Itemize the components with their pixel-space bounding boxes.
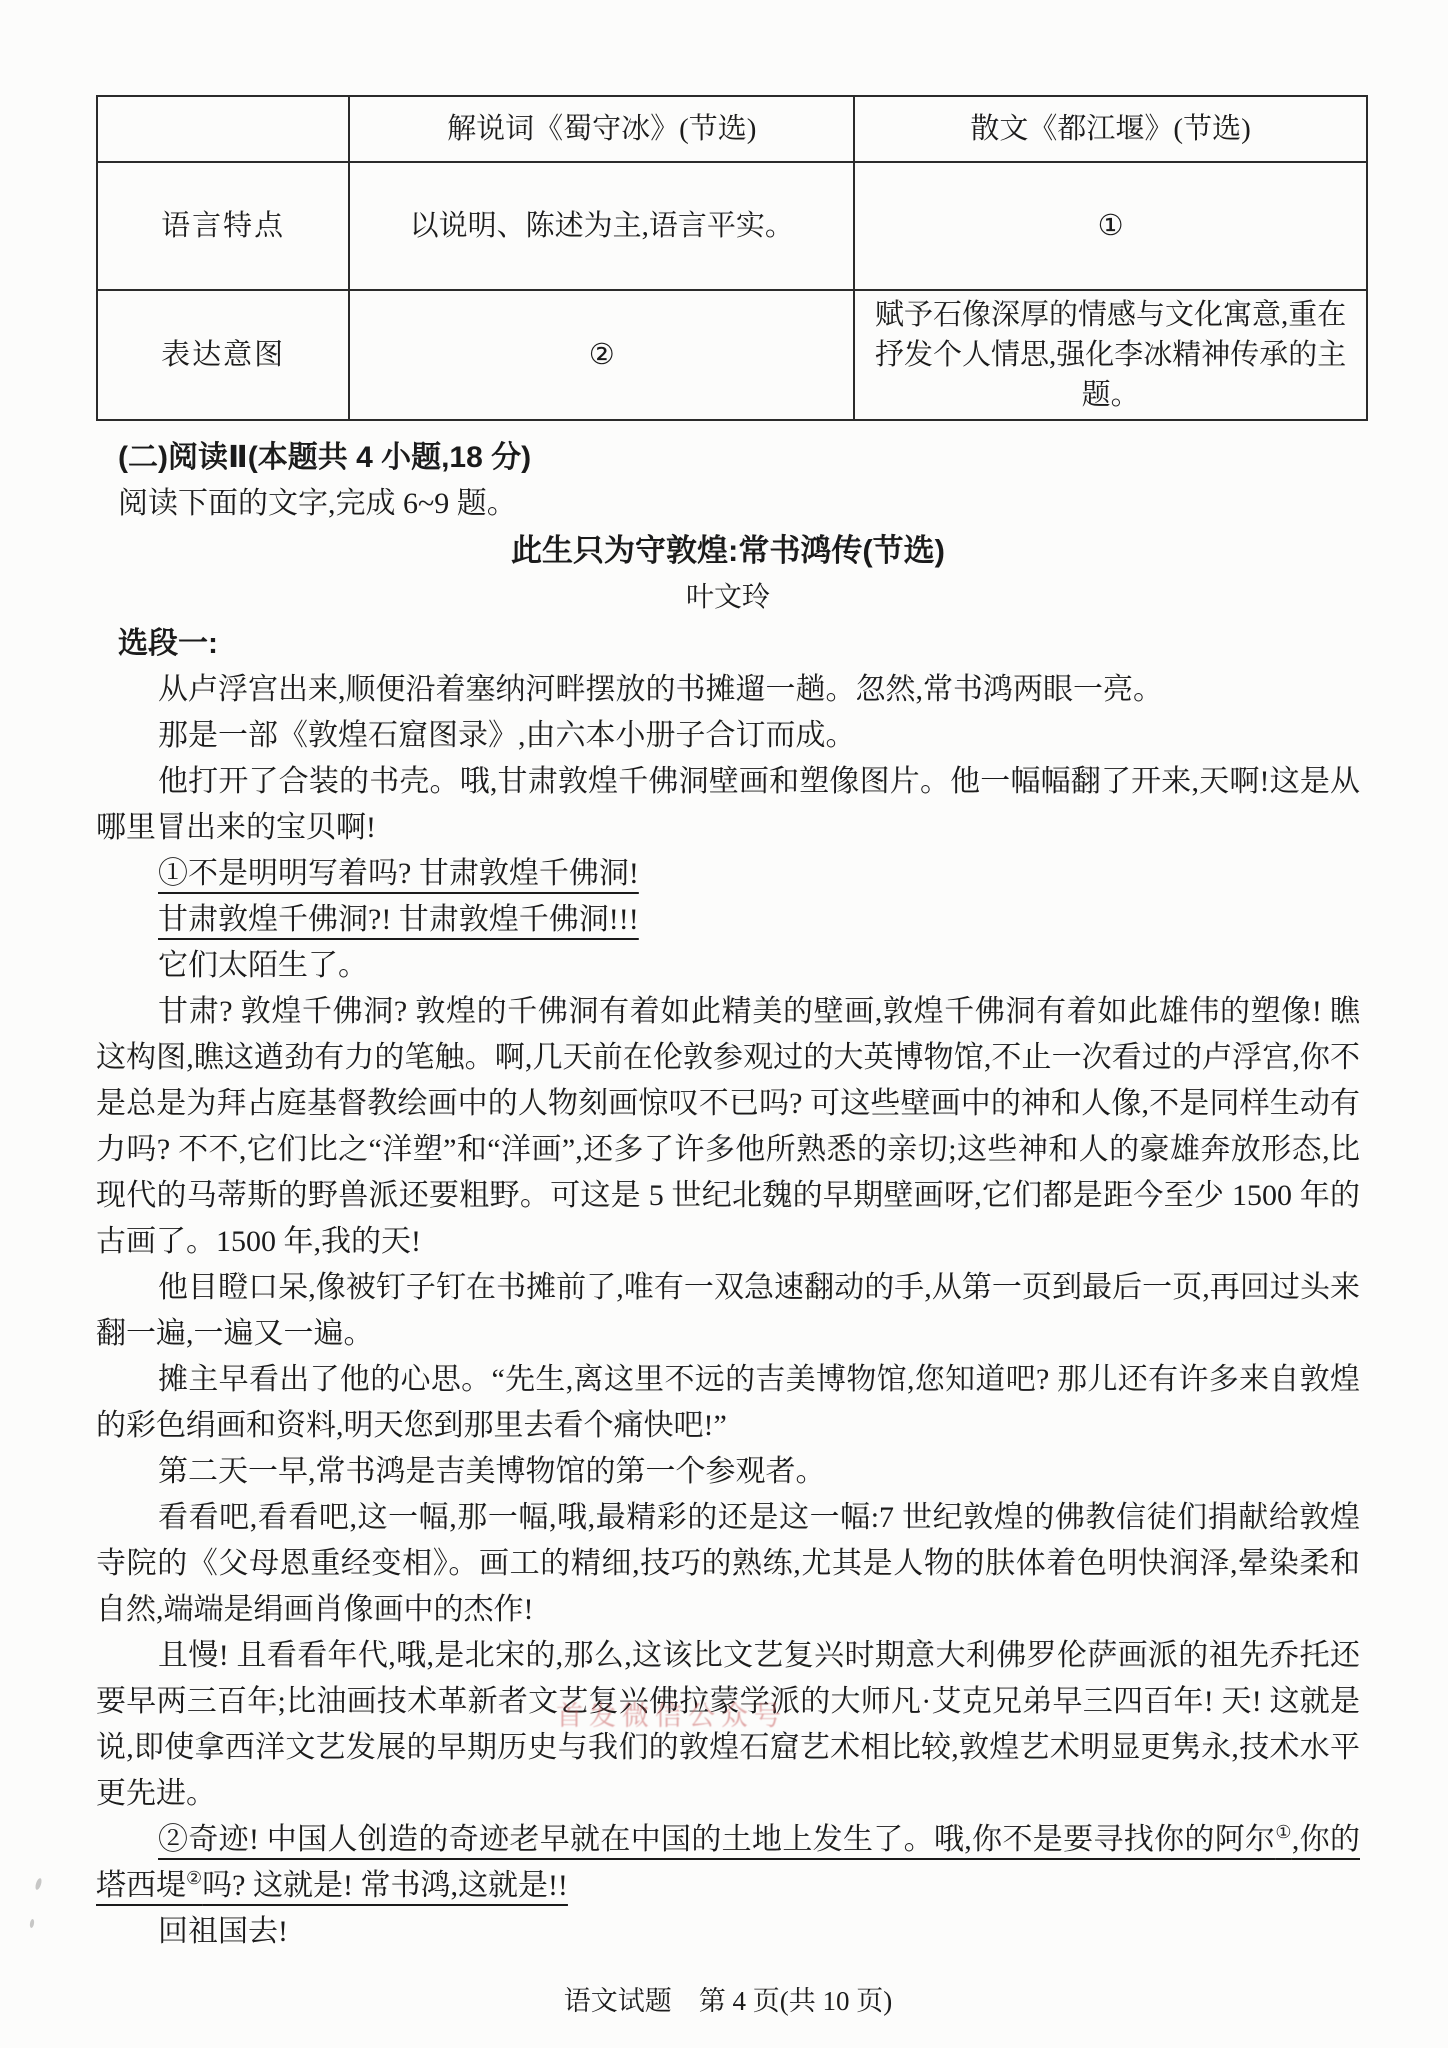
passage-paragraph-8: 他目瞪口呆,像被钉子钉在书摊前了,唯有一双急速翻动的手,从第一页到最后一页,再回… <box>96 1265 1360 1357</box>
passage-title: 此生只为守敦煌:常书鸿传(节选) <box>96 527 1360 575</box>
passage-paragraph-7: 甘肃? 敦煌千佛洞? 敦煌的千佛洞有着如此精美的壁画,敦煌千佛洞有着如此雄伟的塑… <box>96 989 1360 1265</box>
passage-paragraph-10: 第二天一早,常书鸿是吉美博物馆的第一个参观者。 <box>96 1449 1360 1495</box>
passage-paragraph-9: 摊主早看出了他的心思。“先生,离这里不远的吉美博物馆,您知道吧? 那儿还有许多来… <box>96 1357 1360 1449</box>
table-row-language-features: 语言特点 以说明、陈述为主,语言平实。 ① <box>97 162 1367 290</box>
row-label-language-features: 语言特点 <box>97 162 349 290</box>
page-content: 解说词《蜀守冰》(节选) 散文《都江堰》(节选) 语言特点 以说明、陈述为主,语… <box>0 0 1448 2021</box>
cell-expressive-intent-col2: 赋予石像深厚的情感与文化寓意,重在抒发个人情思,强化李冰精神传承的主题。 <box>854 290 1367 420</box>
excerpt-label: 选段一: <box>118 621 1360 667</box>
footnote-ref-1: ① <box>1275 1822 1291 1842</box>
exam-paper-page: 解说词《蜀守冰》(节选) 散文《都江堰》(节选) 语言特点 以说明、陈述为主,语… <box>0 0 1448 2048</box>
comparison-table: 解说词《蜀守冰》(节选) 散文《都江堰》(节选) 语言特点 以说明、陈述为主,语… <box>96 95 1368 421</box>
section-heading: (二)阅读Ⅱ(本题共 4 小题,18 分) <box>118 435 1360 481</box>
table-header-row: 解说词《蜀守冰》(节选) 散文《都江堰》(节选) <box>97 96 1367 162</box>
passage-author: 叶文玲 <box>96 575 1360 621</box>
passage-paragraph-4-underlined: ①不是明明写着吗? 甘肃敦煌千佛洞! <box>96 851 1360 897</box>
page-footer: 语文试题 第 4 页(共 10 页) <box>96 1981 1360 2021</box>
table-header-shushoubing: 解说词《蜀守冰》(节选) <box>349 96 854 162</box>
passage-paragraph-12: 且慢! 且看看年代,哦,是北宋的,那么,这该比文艺复兴时期意大利佛罗伦萨画派的祖… <box>96 1633 1360 1817</box>
passage-paragraph-5-underlined: 甘肃敦煌千佛洞?! 甘肃敦煌千佛洞!!! <box>96 897 1360 943</box>
passage-paragraph-6: 它们太陌生了。 <box>96 943 1360 989</box>
passage-paragraph-11: 看看吧,看看吧,这一幅,那一幅,哦,最精彩的还是这一幅:7 世纪敦煌的佛教信徒们… <box>96 1495 1360 1633</box>
reading-instruction: 阅读下面的文字,完成 6~9 题。 <box>118 481 1360 527</box>
passage-paragraph-2: 那是一部《敦煌石窟图录》,由六本小册子合订而成。 <box>96 713 1360 759</box>
table-header-empty-cell <box>97 96 349 162</box>
paragraph-13-text-c: 吗? 这就是! 常书鸿,这就是!! <box>202 1869 568 1902</box>
table-row-expressive-intent: 表达意图 ② 赋予石像深厚的情感与文化寓意,重在抒发个人情思,强化李冰精神传承的… <box>97 290 1367 420</box>
cell-expressive-intent-col1-blank2: ② <box>349 290 854 420</box>
footnote-ref-2: ② <box>186 1868 202 1888</box>
passage-paragraph-14: 回祖国去! <box>96 1909 1360 1955</box>
cell-language-features-col1: 以说明、陈述为主,语言平实。 <box>349 162 854 290</box>
cell-language-features-col2-blank1: ① <box>854 162 1367 290</box>
passage-paragraph-1: 从卢浮宫出来,顺便沿着塞纳河畔摆放的书摊遛一趟。忽然,常书鸿两眼一亮。 <box>96 667 1360 713</box>
paragraph-13-text-a: ②奇迹! 中国人创造的奇迹老早就在中国的土地上发生了。哦,你不是要寻找你的阿尔 <box>158 1823 1275 1856</box>
row-label-expressive-intent: 表达意图 <box>97 290 349 420</box>
passage-paragraph-13-underlined: ②奇迹! 中国人创造的奇迹老早就在中国的土地上发生了。哦,你不是要寻找你的阿尔①… <box>96 1817 1360 1909</box>
table-header-dujiangyan: 散文《都江堰》(节选) <box>854 96 1367 162</box>
passage-paragraph-3: 他打开了合装的书壳。哦,甘肃敦煌千佛洞壁画和塑像图片。他一幅幅翻了开来,天啊!这… <box>96 759 1360 851</box>
